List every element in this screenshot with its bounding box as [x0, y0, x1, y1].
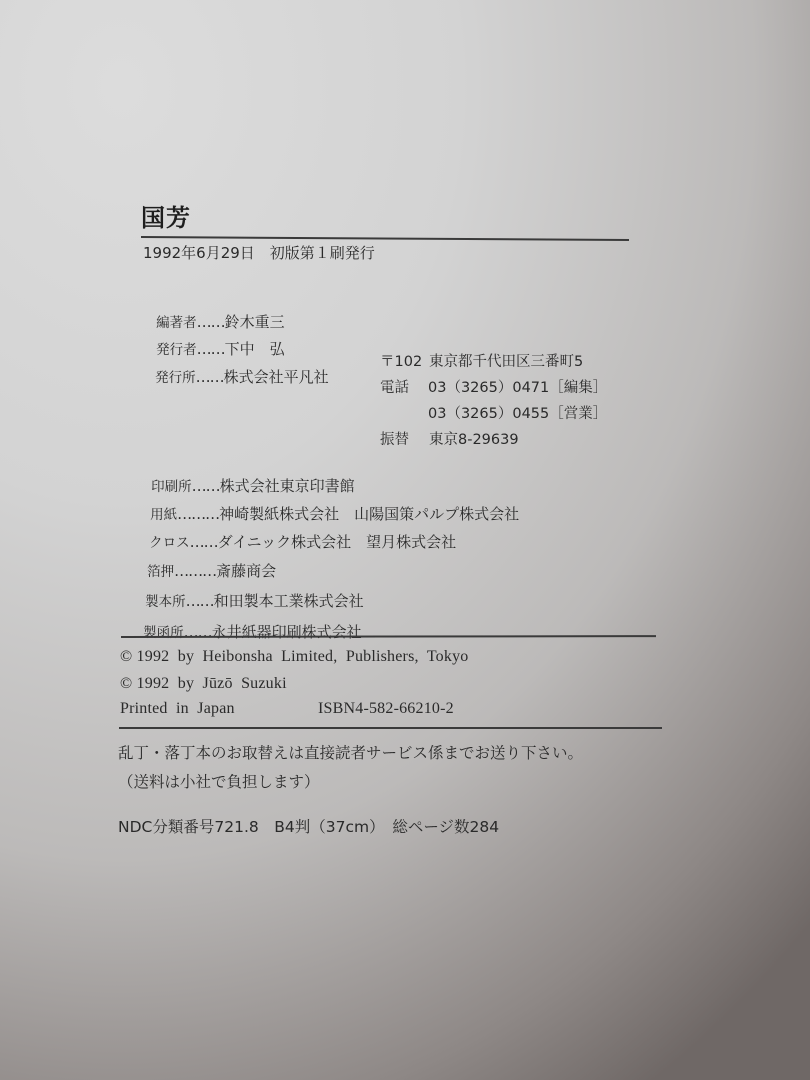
credit-value: 永井紙器印刷株式会社: [212, 623, 362, 641]
edition-line: 1992年6月29日 初版第１刷発行: [143, 242, 375, 263]
credit-value: 株式会社平凡社: [224, 368, 329, 386]
book-title: 国芳: [141, 198, 191, 233]
phone-label: 電話: [380, 376, 409, 397]
transfer-account: 東京8-29639: [429, 428, 519, 449]
credit-label: 製函所: [143, 625, 184, 641]
copyright-author: © 1992 by Jūzō Suzuki: [120, 675, 287, 693]
postal-code: 〒102: [380, 350, 422, 371]
copyright-bottom-rule: [119, 727, 662, 729]
copyright-top-rule: [121, 635, 656, 638]
replacement-notice: 乱丁・落丁本のお取替えは直接読者サービス係までお送り下さい。: [118, 741, 583, 763]
transfer-label: 振替: [380, 428, 409, 449]
colophon-page: 国芳 1992年6月29日 初版第１刷発行 編著者……鈴木重三 発行者……下中 …: [0, 0, 810, 1080]
credit-label: 発行所: [155, 370, 196, 386]
credit-publishing-house: 発行所……株式会社平凡社: [136, 348, 329, 405]
isbn: ISBN4-582-66210-2: [318, 700, 454, 718]
phone-sales: 03（3265）0455［営業］: [428, 402, 607, 423]
classification-info: NDC分類番号721.8 B4判（37cm） 総ページ数284: [118, 815, 499, 837]
printed-in: Printed in Japan: [120, 700, 235, 718]
title-rule: [141, 236, 629, 241]
copyright-publisher: © 1992 by Heibonsha Limited, Publishers,…: [120, 648, 468, 666]
publisher-address: 東京都千代田区三番町5: [429, 350, 583, 371]
shipping-notice: （送料は小社で負担します）: [118, 770, 320, 792]
phone-editorial: 03（3265）0471［編集］: [428, 376, 607, 397]
